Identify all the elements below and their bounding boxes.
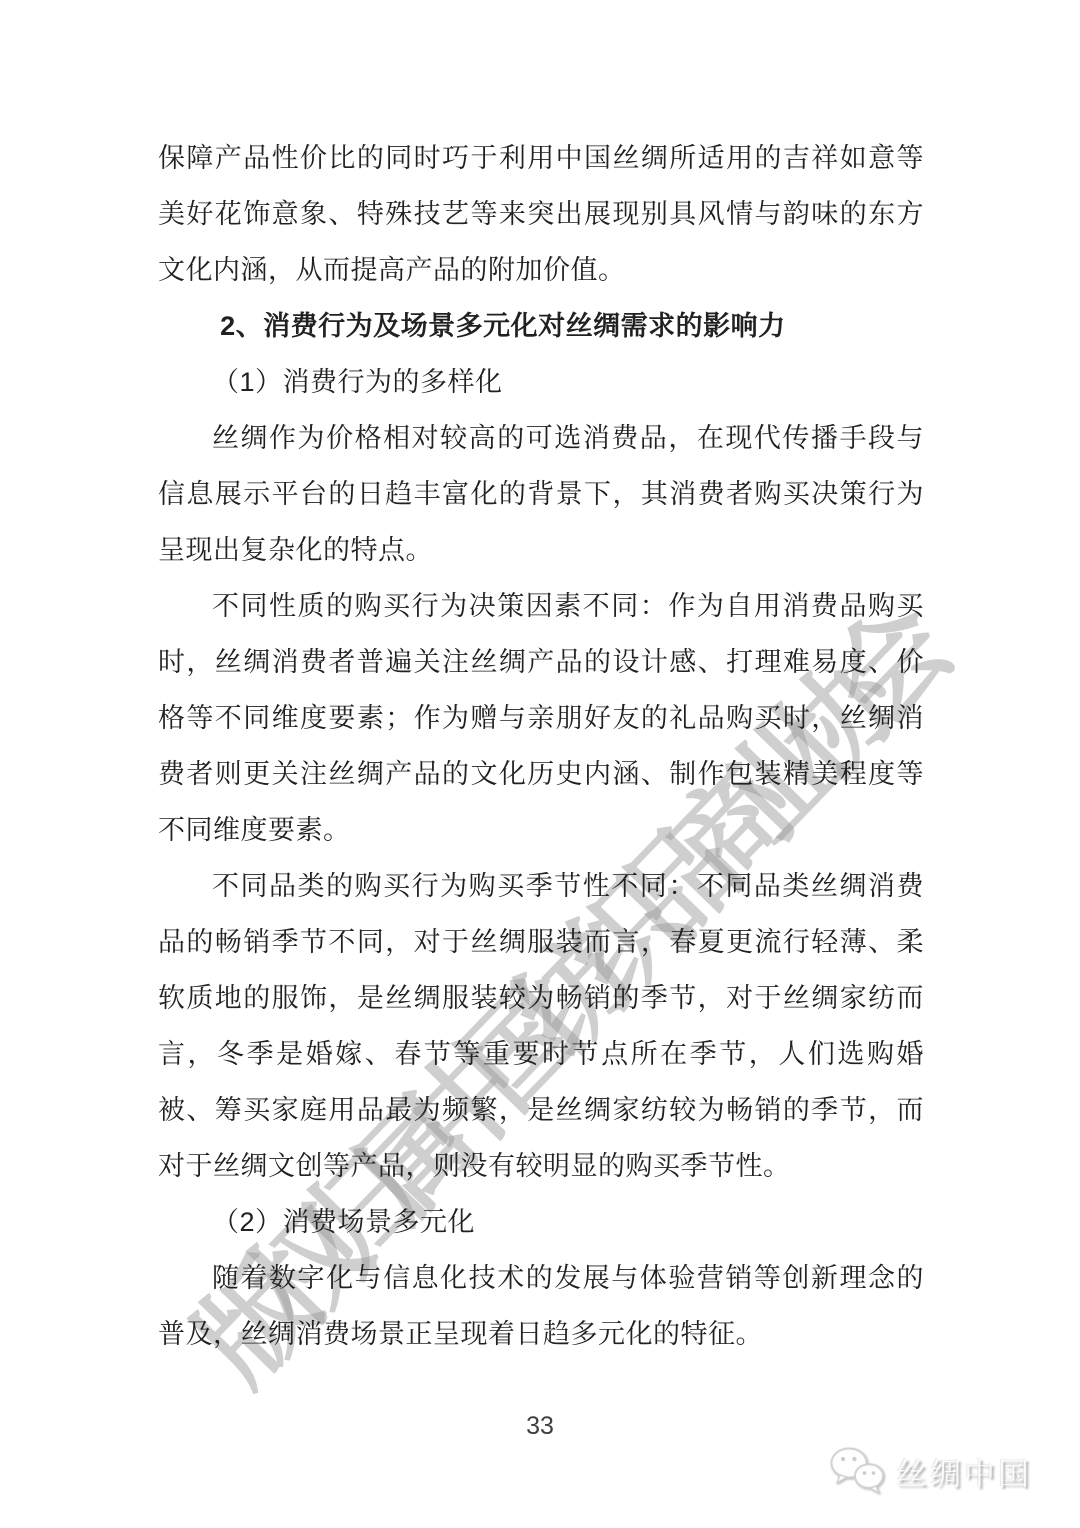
paragraph-purchase-nature: 不同性质的购买行为决策因素不同：作为自用消费品购买时，丝绸消费者普遍关注丝绸产品…: [158, 578, 924, 858]
page-number: 33: [0, 1412, 1080, 1441]
paragraph-purchase-seasonality: 不同品类的购买行为购买季节性不同：不同品类丝绸消费品的畅销季节不同，对于丝绸服装…: [158, 858, 924, 1194]
paragraph-continuation: 保障产品性价比的同时巧于利用中国丝绸所适用的吉祥如意等美好花饰意象、特殊技艺等来…: [158, 130, 924, 298]
subsection-heading-2: （2）消费场景多元化: [158, 1194, 924, 1250]
footer-logo-text: 丝绸中国: [896, 1449, 1032, 1494]
paragraph-consumer-behavior: 丝绸作为价格相对较高的可选消费品，在现代传播手段与信息展示平台的日趋丰富化的背景…: [158, 410, 924, 578]
footer-logo: 丝绸中国: [828, 1446, 1032, 1496]
page-content: 保障产品性价比的同时巧于利用中国丝绸所适用的吉祥如意等美好花饰意象、特殊技艺等来…: [158, 130, 924, 1362]
paragraph-consumption-scenes: 随着数字化与信息化技术的发展与体验营销等创新理念的普及，丝绸消费场景正呈现着日趋…: [158, 1250, 924, 1362]
subsection-heading-1: （1）消费行为的多样化: [158, 354, 924, 410]
wechat-icon: [828, 1446, 886, 1496]
section-heading: 2、消费行为及场景多元化对丝绸需求的影响力: [158, 298, 924, 354]
document-page: 版权归属中国纺织品商业协会 保障产品性价比的同时巧于利用中国丝绸所适用的吉祥如意…: [0, 0, 1080, 1528]
